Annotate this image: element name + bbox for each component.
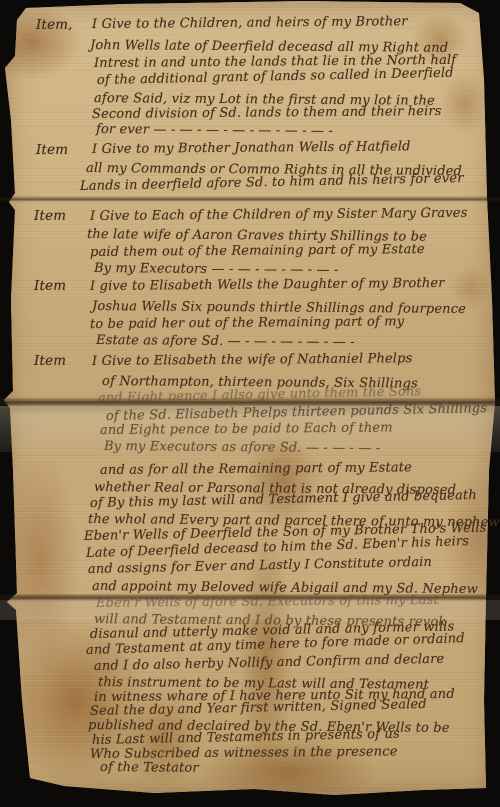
item-marker: Item <box>36 143 68 158</box>
handwritten-text-layer: Item, I Give to the Children, and heirs … <box>0 0 500 807</box>
manuscript-line: for ever — - — - — - — - — - — - — - <box>96 123 333 139</box>
manuscript-line: I Give to my Brother Jonathan Wells of H… <box>92 140 411 157</box>
manuscript-line: and Eight pence to be paid to Each of th… <box>100 421 393 438</box>
manuscript-line: I give to Elisabeth Wells the Daughter o… <box>90 277 445 294</box>
item-marker: Item <box>34 279 66 294</box>
manuscript-line: Second division of Sd. lands to them and… <box>92 105 442 122</box>
manuscript-line: Eben'r Wells of afore Sd. Executors of t… <box>96 594 439 611</box>
manuscript-line: and as for all the Remaining part of my … <box>100 461 412 478</box>
manuscript-line: By my Executors — - — - — - — - — - <box>94 262 339 278</box>
manuscript-line: By my Executors as afore Sd. — - — - — - <box>104 440 380 456</box>
item-marker: Item <box>34 354 66 369</box>
manuscript-line: Estate as afore Sd. — - — - — - — - — - <box>96 334 355 350</box>
item-marker: Item, <box>36 18 73 33</box>
manuscript-line: to be paid her out of the Remaining part… <box>90 315 404 332</box>
manuscript-line: I Give to the Children, and heirs of my … <box>92 15 408 32</box>
manuscript-line: I Give to Elisabeth the wife of Nathanie… <box>92 352 413 369</box>
manuscript-line: of the Testator <box>100 761 199 776</box>
document-photo: Item, I Give to the Children, and heirs … <box>0 0 500 807</box>
manuscript-line: I Give to Each of the Children of my Sis… <box>90 207 468 225</box>
manuscript-line: paid them out of the Remaining part of m… <box>90 243 425 260</box>
item-marker: Item <box>34 209 66 224</box>
